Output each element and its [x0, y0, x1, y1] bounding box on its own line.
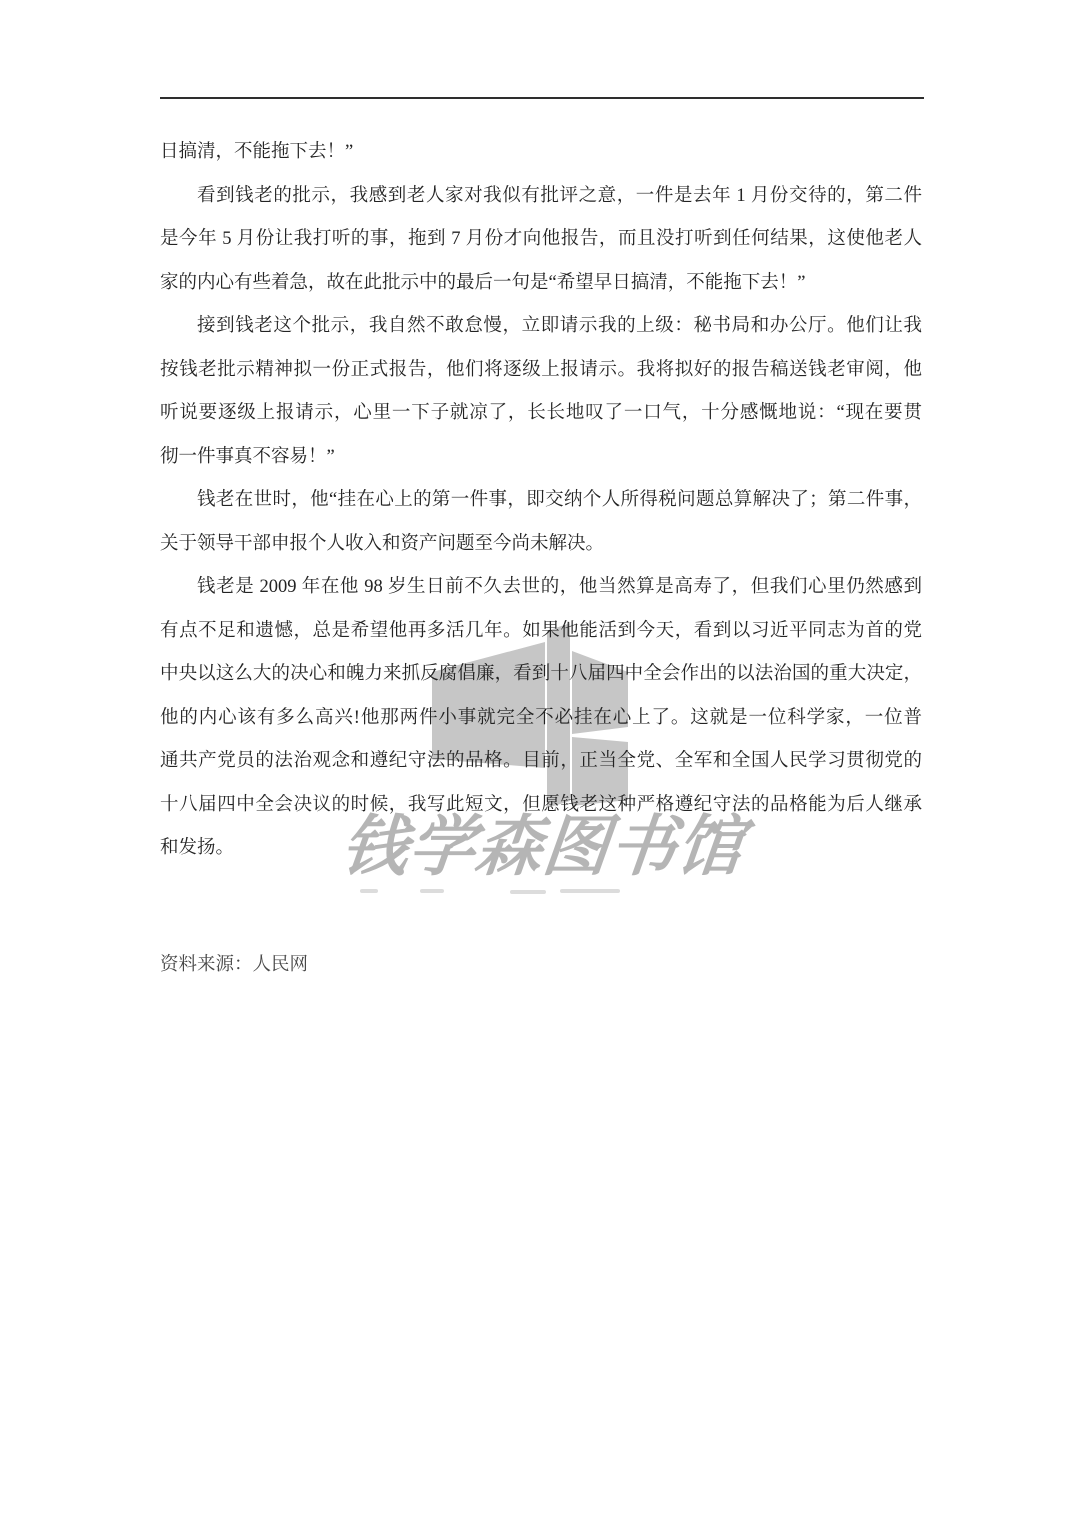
- watermark-fade-mark: [560, 889, 620, 893]
- text-line: 中央以这么大的决心和魄力来抓反腐倡廉，看到十八届四中全会作出的以法治国的重大决定…: [160, 653, 922, 697]
- watermark-fade-mark: [360, 889, 378, 893]
- text-line: 是今年 5 月份让我打听的事，拖到 7 月份才向他报告，而且没打听到任何结果，这…: [160, 218, 922, 262]
- text-line: 按钱老批示精神拟一份正式报告，他们将逐级上报请示。我将拟好的报告稿送钱老审阅，他: [160, 349, 922, 393]
- text-line: 看到钱老的批示，我感到老人家对我似有批评之意，一件是去年 1 月份交待的，第二件: [160, 175, 922, 219]
- text-line: 钱老在世时，他“挂在心上的第一件事，即交纳个人所得税问题总算解决了；第二件事，: [160, 479, 922, 523]
- text-line: 十八届四中全会决议的时候，我写此短文，但愿钱老这种严格遵纪守法的品格能为后人继承: [160, 784, 922, 828]
- text-line: 他的内心该有多么高兴!他那两件小事就完全不必挂在心上了。这就是一位科学家，一位普: [160, 697, 922, 741]
- document-text: 日搞清，不能拖下去！” 看到钱老的批示，我感到老人家对我似有批评之意，一件是去年…: [160, 131, 922, 871]
- text-line: 日搞清，不能拖下去！”: [160, 131, 922, 175]
- text-line: 接到钱老这个批示，我自然不敢怠慢，立即请示我的上级：秘书局和办公厅。他们让我: [160, 305, 922, 349]
- text-line: 家的内心有些着急，故在此批示中的最后一句是“希望早日搞清，不能拖下去！”: [160, 262, 922, 306]
- watermark-fade-mark: [510, 890, 546, 894]
- text-line: 彻一件事真不容易！”: [160, 436, 922, 480]
- text-line: 通共产党员的法治观念和遵纪守法的品格。目前，正当全党、全军和全国人民学习贯彻党的: [160, 740, 922, 784]
- text-line: 钱老是 2009 年在他 98 岁生日前不久去世的，他当然算是高寿了，但我们心里…: [160, 566, 922, 610]
- watermark-fade-mark: [420, 889, 444, 893]
- text-line: 有点不足和遗憾，总是希望他再多活几年。如果他能活到今天，看到以习近平同志为首的党: [160, 610, 922, 654]
- source-line: 资料来源：人民网: [160, 944, 308, 988]
- document-page: 钱学森图书馆 日搞清，不能拖下去！” 看到钱老的批示，我感到老人家对我似有批评之…: [0, 0, 1074, 1520]
- text-line: 听说要逐级上报请示，心里一下子就凉了，长长地叹了一口气，十分感慨地说：“现在要贯: [160, 392, 922, 436]
- text-line: 关于领导干部申报个人收入和资产问题至今尚未解决。: [160, 523, 922, 567]
- text-line: 和发扬。: [160, 827, 922, 871]
